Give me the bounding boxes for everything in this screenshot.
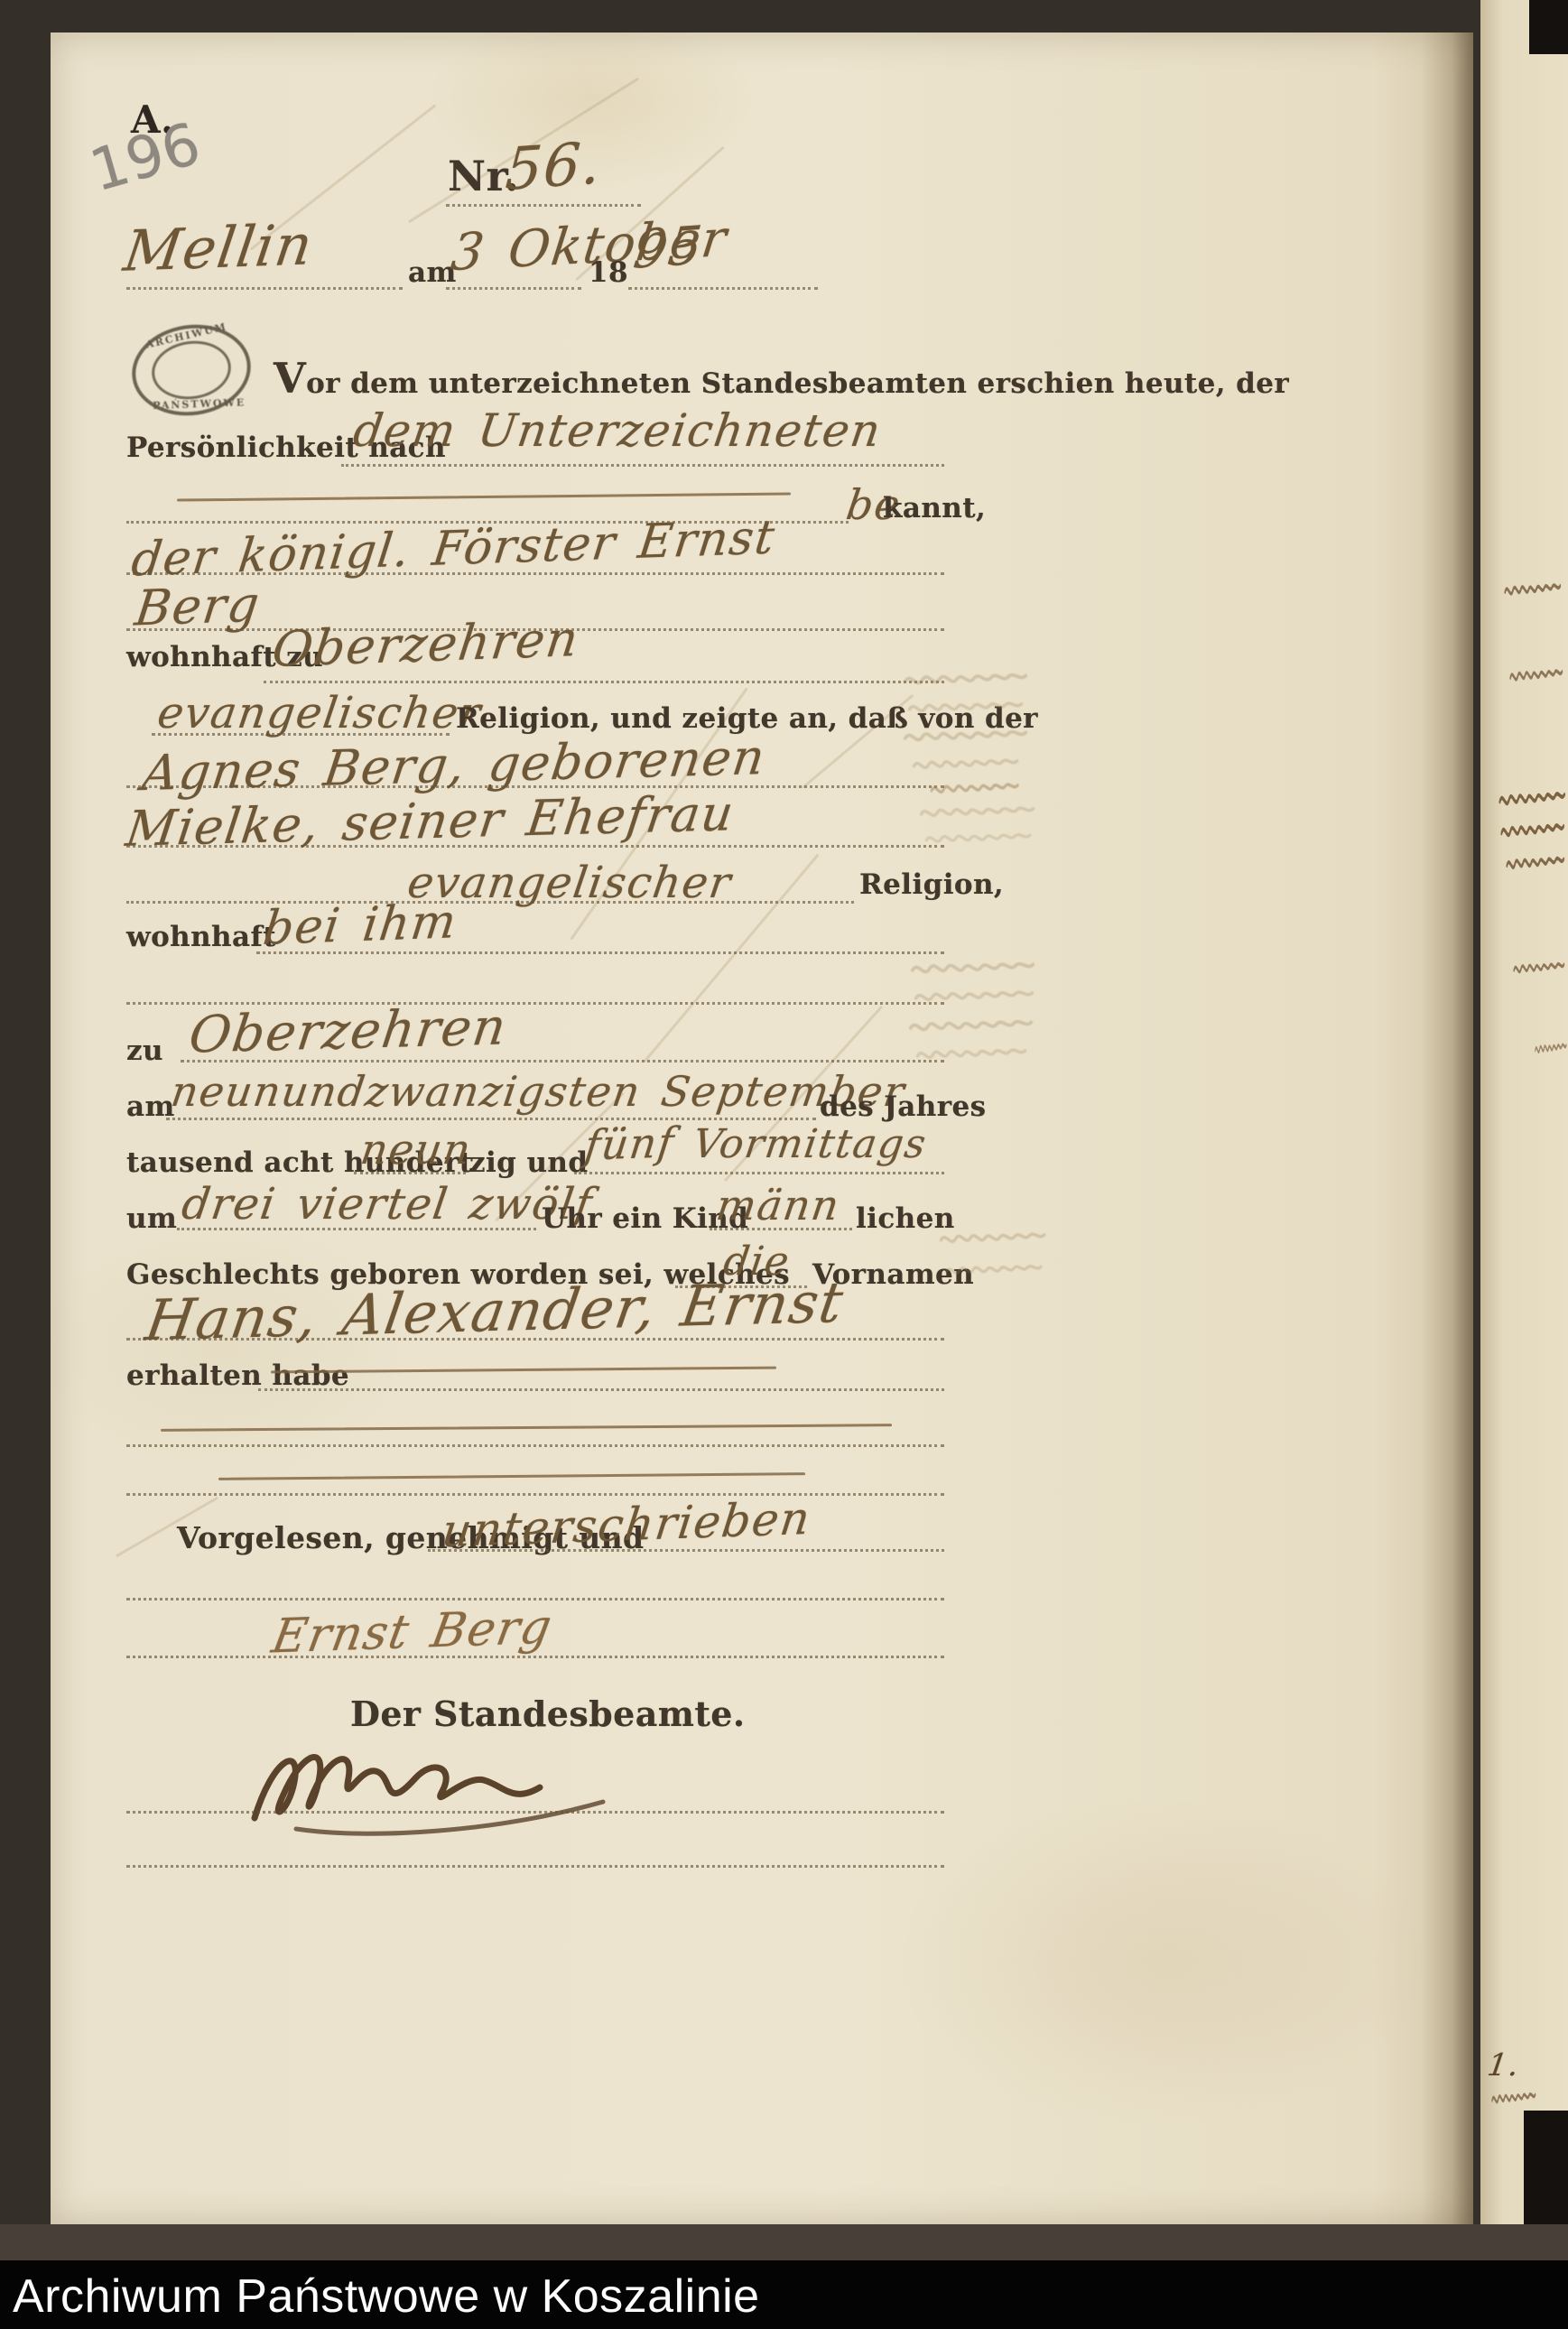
dotted-rule <box>126 1338 944 1341</box>
zu-label: zu <box>126 1035 163 1067</box>
adjacent-page-edge <box>1480 0 1568 2262</box>
page-gap-top <box>1529 0 1568 54</box>
birthday-value: neunundzwanzigsten September <box>168 1067 908 1116</box>
time-value: drei viertel zwölf <box>179 1179 596 1229</box>
nr-value: 56. <box>504 130 604 204</box>
dotted-rule <box>354 1172 466 1174</box>
scan-bottom-margin <box>0 2224 1568 2262</box>
adjacent-page-writing <box>1509 663 1563 691</box>
dotted-rule <box>446 204 641 207</box>
um-label: um <box>126 1202 177 1235</box>
dotted-rule <box>126 572 944 575</box>
dotted-rule <box>428 1549 944 1552</box>
dotted-rule <box>177 1228 536 1230</box>
century-label: 18 <box>589 256 628 289</box>
archive-oval-stamp: ARCHIWUM PAŃSTWOWE <box>126 317 257 422</box>
dotted-rule <box>126 1493 944 1496</box>
place-value: Mellin <box>120 211 318 284</box>
decade-value: neun <box>357 1125 475 1174</box>
document-scan-view: A. 196 Nr. 56. Mellin am 3 Oktober 18 95… <box>0 0 1568 2329</box>
daytime-value: Vormittags <box>690 1121 930 1167</box>
dotted-rule <box>126 1656 944 1658</box>
bleed-through-mark <box>919 802 1036 825</box>
dotted-rule <box>126 1811 944 1814</box>
dotted-rule <box>710 1228 852 1230</box>
religion1-value: evangelischer <box>154 688 485 738</box>
dotted-rule <box>628 287 818 290</box>
adjacent-page-writing <box>1498 785 1566 816</box>
dotted-rule <box>574 1172 944 1174</box>
bleed-through-mark <box>930 778 1020 802</box>
bleed-through-mark <box>907 697 1025 720</box>
adjacent-page-writing <box>1513 957 1565 982</box>
adjacent-page-writing <box>1491 2087 1536 2112</box>
dotted-rule <box>126 287 403 290</box>
bleed-through-mark <box>939 1228 1047 1251</box>
page-fold-shadow <box>1421 32 1473 2224</box>
dotted-rule <box>181 1060 944 1062</box>
adjacent-page-fragment-number: 1. <box>1485 2047 1522 2083</box>
adjacent-page-writing <box>1500 817 1565 848</box>
dotted-rule <box>126 1444 944 1447</box>
adjacent-page-writing <box>1535 1038 1567 1062</box>
bleed-through-mark <box>910 957 1036 982</box>
bleed-through-mark <box>912 754 1020 777</box>
residence-value: Oberzehren <box>269 610 582 678</box>
bleed-through-mark <box>944 1260 1044 1282</box>
identity-value: dem Unterzeichneten <box>350 404 885 457</box>
archive-footer-bar: Archiwum Państwowe w Koszalinie <box>0 2260 1568 2329</box>
registrar-label: Der Standesbeamte. <box>350 1693 746 1734</box>
dotted-rule <box>166 1118 816 1120</box>
stamp-text-bottom: PAŃSTWOWE <box>153 396 246 412</box>
adjacent-page-writing <box>1506 850 1565 879</box>
bleed-through-mark <box>908 1015 1035 1040</box>
gender-value: männ <box>713 1181 843 1229</box>
dotted-rule <box>264 681 944 683</box>
bleed-through-mark <box>914 986 1035 1009</box>
dotted-rule <box>126 785 944 788</box>
bleed-through-mark <box>915 1044 1028 1067</box>
dotted-rule <box>256 951 944 954</box>
birthplace-value: Oberzehren <box>186 997 511 1064</box>
wohnhaft-label: wohnhaft <box>126 921 276 953</box>
religion2-label: Religion, <box>859 868 1004 901</box>
des-jahres-label: des Jahres <box>820 1090 986 1123</box>
dotted-rule <box>446 287 581 290</box>
unit-year-value: fünf <box>582 1118 678 1170</box>
dotted-rule <box>341 464 944 467</box>
residence2-value: bei ihm <box>260 895 459 956</box>
dotted-rule <box>258 1388 944 1391</box>
kannt-label: kannt, <box>883 492 986 524</box>
registrar-signature-flourish <box>242 1731 639 1849</box>
year-value: 95 <box>630 214 706 281</box>
declarant-signature: Ernst Berg <box>268 1600 557 1664</box>
bleed-through-mark <box>924 829 1033 850</box>
zig-und-label: zig und <box>469 1146 588 1179</box>
archive-name: Archiwum Państwowe w Koszalinie <box>13 2269 760 2324</box>
dotted-rule <box>126 1865 944 1868</box>
dotted-rule <box>152 733 450 736</box>
intro-line: Vor dem unterzeichneten Standesbeamten e… <box>274 354 1289 403</box>
bleed-through-mark <box>903 668 1029 693</box>
dotted-rule <box>126 845 944 848</box>
erhalten-label: erhalten habe <box>126 1359 349 1392</box>
dotted-rule <box>126 901 854 904</box>
bleed-through-mark <box>903 725 1029 750</box>
adjacent-page-writing <box>1504 578 1562 605</box>
